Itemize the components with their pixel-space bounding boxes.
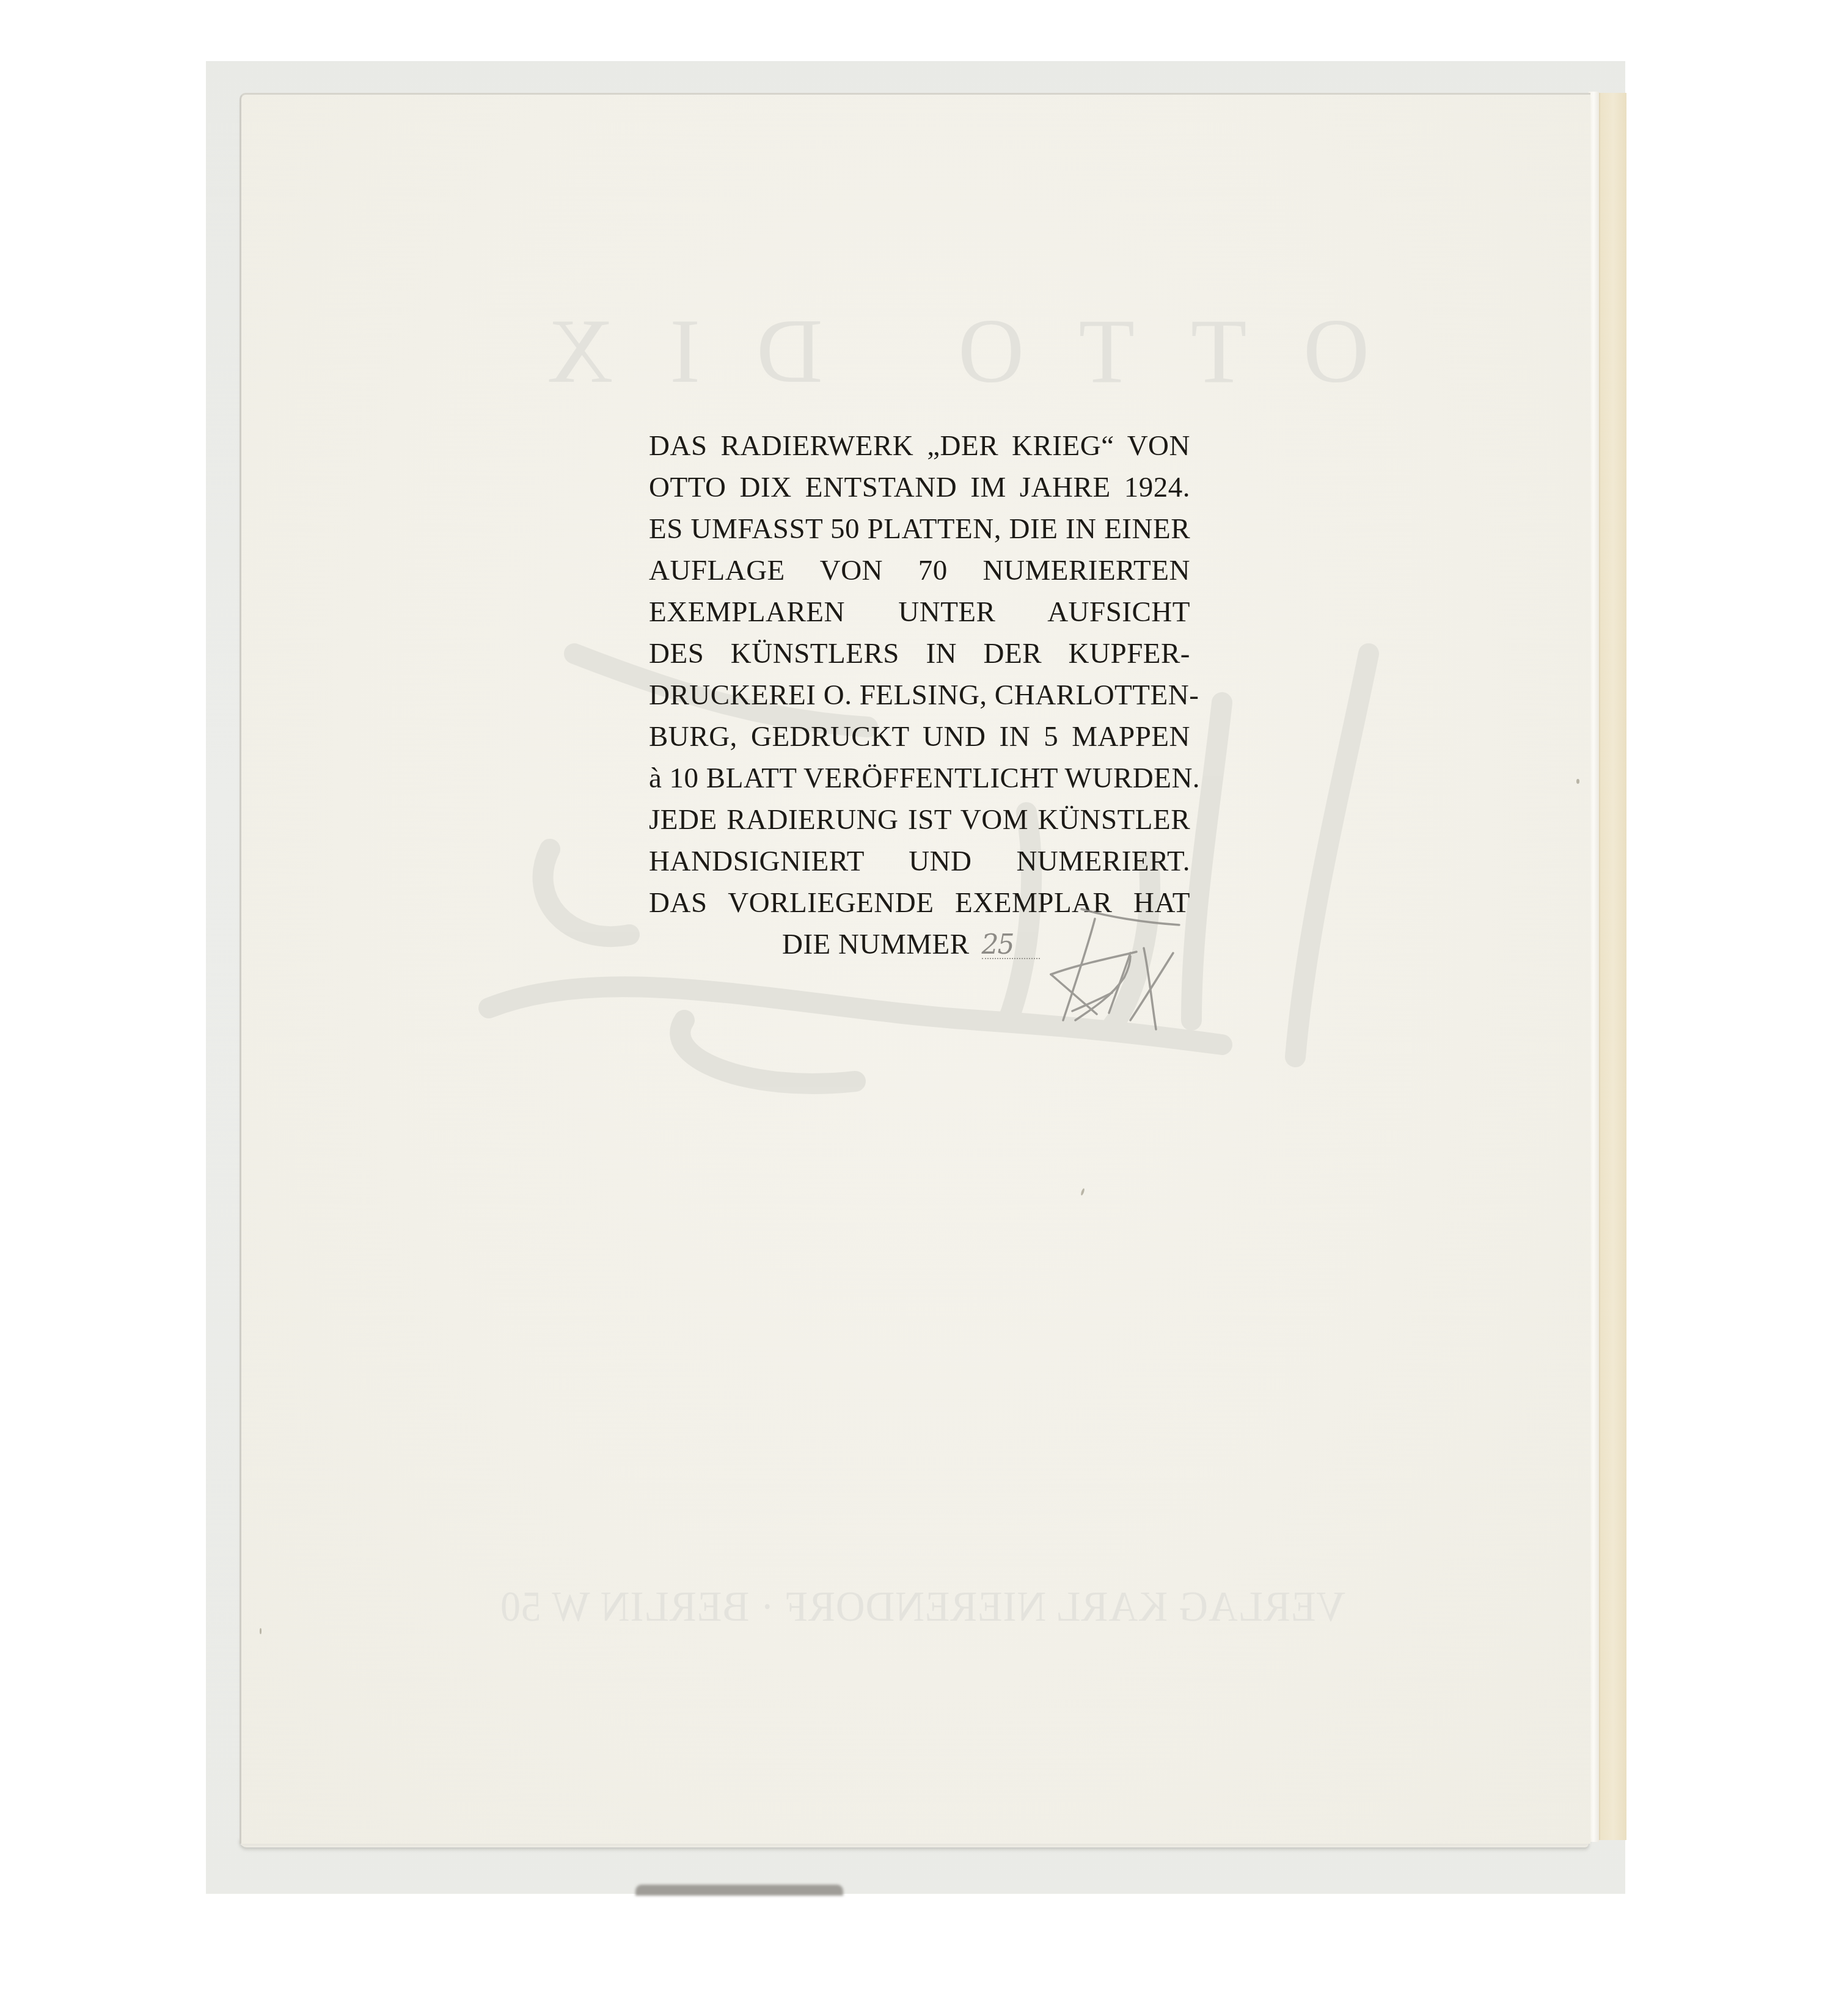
colophon-line: DAS VORLIEGENDE EXEMPLAR HAT [649,882,1190,924]
colophon-line: EXEMPLAREN UNTER AUFSICHT [649,591,1190,633]
colophon-line: à 10 BLATT VERÖFFENTLICHT WURDEN. [649,758,1190,799]
colophon-line: JEDE RADIERUNG IST VOM KÜNSTLER [649,799,1190,841]
colophon-line: HANDSIGNIERT UND NUMERIERT. [649,841,1190,882]
paper-speck [1576,779,1579,784]
shadow-tab [635,1885,843,1896]
colophon-line: AUFLAGE VON 70 NUMERIERTEN [649,550,1190,591]
colophon-line: DRUCKEREI O. FELSING, CHARLOTTEN- [649,674,1190,716]
show-through-publisher: VERLAG KARL NIERENDORF · BERLIN W 50 [434,1585,1411,1630]
edition-number-label: DIE NUMMER [782,929,970,960]
colophon-line: BURG, GEDRUCKT UND IN 5 MAPPEN [649,716,1190,758]
colophon-text-block: DAS RADIERWERK „DER KRIEG“ VON OTTO DIX … [649,425,1190,965]
colophon-line: OTTO DIX ENTSTAND IM JAHRE 1924. [649,467,1190,508]
adjacent-page-edge [1599,93,1626,1840]
show-through-title: OTTO DIX [483,305,1378,397]
edition-number-line: DIE NUMMER25 [649,924,1190,965]
colophon-line: DES KÜNSTLERS IN DER KUPFER- [649,633,1190,674]
paper-speck [260,1628,262,1634]
edition-number-handwritten: 25 [982,932,1040,959]
paper-speck [1080,1188,1085,1196]
colophon-line: DAS RADIERWERK „DER KRIEG“ VON [649,425,1190,467]
colophon-line: ES UMFASST 50 PLATTEN, DIE IN EINER [649,508,1190,550]
